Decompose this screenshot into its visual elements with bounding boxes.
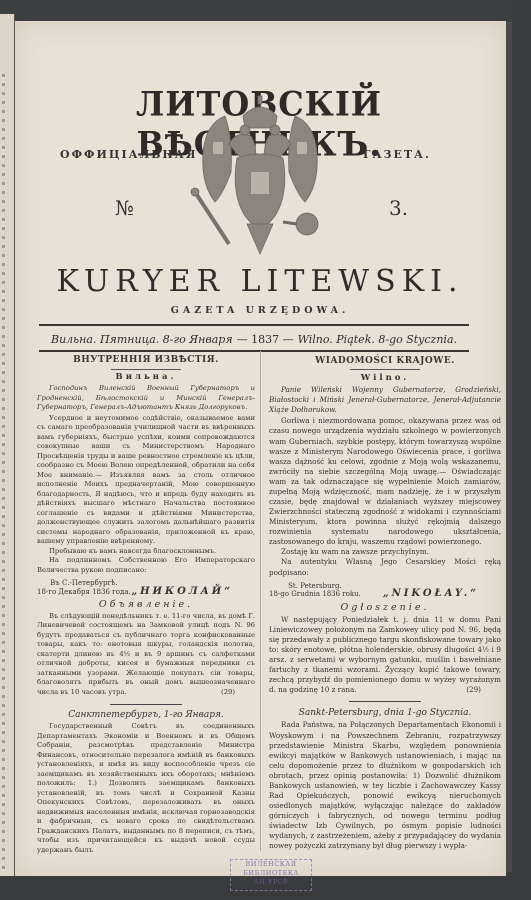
rescript-paragraph: Усердное и неутомимое содѣйствіе, оказыв… <box>37 414 255 547</box>
issue-number-value: 3. <box>389 196 408 220</box>
section-title-polish: WIADOMOŚCI KRAJOWE. <box>269 356 501 366</box>
city-heading: Вильна. <box>37 373 255 383</box>
section-rule <box>350 369 420 370</box>
city-heading: Wilno. <box>269 373 501 383</box>
scanner-background-right <box>512 0 531 900</box>
signature-place-date: Въ С.-Петербургѣ. 18-го Декабря 1836 год… <box>37 579 131 596</box>
previous-page-text-edge <box>2 74 5 874</box>
scanner-background-top <box>0 0 531 22</box>
signature-place-date: St. Petersburg. 18-go Grudnia 1836 roku. <box>269 582 361 599</box>
notice-ref: (29) <box>209 688 235 698</box>
masthead-subtitle-right: ГАЗЕТА. <box>363 148 431 161</box>
closing-paragraph: Пребываю къ вамъ навсегда благосклоннымъ… <box>37 547 255 557</box>
notice-body: Въ слѣдующій понедѣльникъ т. е. 11-го чи… <box>37 612 255 696</box>
address-salutation: Panie Wileński Wojenny Gubernatorze, Gro… <box>269 385 501 415</box>
newspaper-page: ЛИТОВСКІЙ ВѢСТНИКЪ. ОФФИЦІАЛЬНАЯ ГАЗЕТА.… <box>15 21 506 876</box>
masthead-subtitle-polish: GAZETA URZĘDOWA. <box>35 305 485 316</box>
masthead-rule-bottom <box>39 350 469 352</box>
issue-dateline: Вильна. Пятница. 8-го Января — 1837 — Wi… <box>39 333 469 346</box>
article-separator <box>110 704 182 705</box>
notice-body: W następujący Poniedziałek t. j. dnia 11… <box>269 615 501 695</box>
masthead-title-polish: KURYER LITEWSKI. <box>35 264 485 299</box>
article-text: Государственный Совѣтъ въ соединенныхъ Д… <box>37 722 255 855</box>
masthead-rule-top <box>39 324 469 326</box>
closing-paragraph: Zostaję ku wam na zawsze przychylnym. <box>269 547 501 557</box>
section-rule <box>111 369 181 370</box>
dateline-polish: Wilno. Piątek. 8-go Stycznia. <box>298 333 457 346</box>
notice-ref: (29) <box>454 685 481 695</box>
article-separator <box>349 701 421 702</box>
notice-title: Объявленіе. <box>37 600 255 610</box>
signature-date: 18-го Декабря 1836 года. <box>37 588 131 597</box>
signature-block: St. Petersburg. 18-go Grudnia 1836 roku.… <box>269 582 501 599</box>
article-text: Rada Państwa, na Połączonych Departament… <box>269 720 501 851</box>
notice-text: Въ слѣдующій понедѣльникъ т. е. 11-го чи… <box>37 612 255 698</box>
signature-name: „NIKOŁAY.“ <box>383 589 479 599</box>
notice-text: W następujący Poniedziałek t. j. dnia 11… <box>269 615 501 696</box>
rescript-paragraph: Gorliwa i niezmordowana pomoc, okazywana… <box>269 416 501 547</box>
article-dateline: Санктпетербургъ, 1-го Января. <box>37 711 255 721</box>
stamp-line-1: ВИЛЕНСКАЯ БИБЛИОТЕКА <box>231 860 311 878</box>
address-salutation: Господинъ Виленскій Военный Губернаторъ … <box>37 384 255 413</box>
previous-page-edge <box>0 14 15 876</box>
signature-place: St. Petersburg. <box>269 582 361 591</box>
issue-number-label: № <box>115 196 134 220</box>
signature-date: 18-go Grudnia 1836 roku. <box>269 590 361 599</box>
notice-title: Ogłoszenie. <box>269 603 501 613</box>
signature-block: Въ С.-Петербургѣ. 18-го Декабря 1836 год… <box>37 579 255 596</box>
polish-column: WIADOMOŚCI KRAJOWE. Wilno. Panie Wileńsk… <box>269 356 501 851</box>
signed-note: Na autentyku Własną Jego Cesarskiey Mośc… <box>269 557 501 577</box>
column-divider <box>260 351 261 851</box>
signature-name: „НИКОЛАЙ“ <box>131 587 233 597</box>
signed-note: На подлинномъ Собственною Его Императорс… <box>37 556 255 575</box>
library-stamp: ВИЛЕНСКАЯ БИБЛИОТЕКА АН УРСР <box>230 859 312 891</box>
signature-place: Въ С.-Петербургѣ. <box>37 579 131 588</box>
dateline-year: — 1837 — <box>237 333 294 346</box>
masthead-subtitle-left: ОФФИЦІАЛЬНАЯ <box>60 148 197 161</box>
double-headed-eagle-icon <box>185 94 335 259</box>
russian-column: ВНУТРЕННІЯ ИЗВѢСТІЯ. Вильна. Господинъ В… <box>37 356 255 855</box>
stamp-line-2: АН УРСР <box>231 878 311 887</box>
section-title-russian: ВНУТРЕННІЯ ИЗВѢСТІЯ. <box>37 356 255 366</box>
article-dateline: Sankt-Petersburg, dnia 1-go Stycznia. <box>269 708 501 718</box>
dateline-russian: Вильна. Пятница. 8-го Января <box>51 333 233 346</box>
